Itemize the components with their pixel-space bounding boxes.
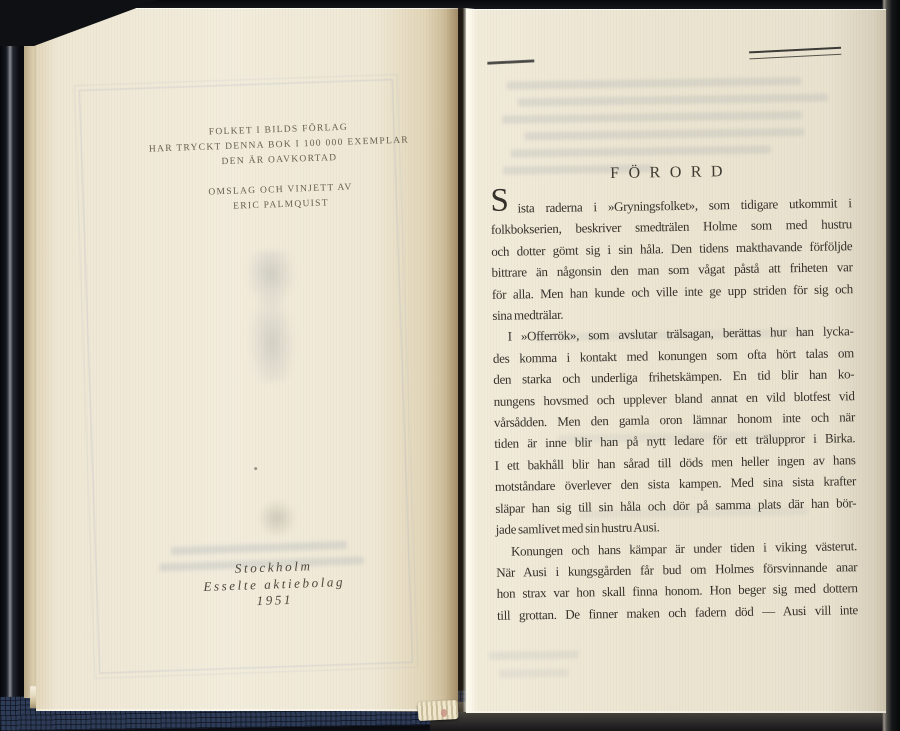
paper-speck — [254, 467, 257, 470]
foreword-heading: FÖRORD — [490, 161, 852, 185]
showthrough-line — [511, 145, 771, 157]
showthrough-line — [507, 77, 802, 90]
left-page-content: FOLKET I BILDS FÖRLAGHAR TRYCKT DENNA BO… — [24, 1, 470, 718]
showthrough-line — [489, 651, 579, 660]
showthrough-line — [499, 669, 569, 678]
bookmark-dot — [441, 709, 447, 717]
showthrough-line — [518, 94, 828, 107]
ink-rule-left — [487, 59, 534, 64]
open-book-photo: FOLKET I BILDS FÖRLAGHAR TRYCKT DENNA BO… — [0, 0, 900, 731]
book-cover-left-edge — [0, 0, 26, 731]
showthrough-line — [502, 111, 802, 124]
ink-rule-right — [749, 47, 841, 60]
left-page: FOLKET I BILDS FÖRLAGHAR TRYCKT DENNA BO… — [36, 8, 458, 711]
showthrough-logo — [247, 488, 307, 548]
showthrough-line — [524, 128, 804, 140]
right-page-content: FÖRORD S ista raderna i »Gryningsfolket»… — [461, 6, 892, 717]
body-text: ista raderna i »Gryningsfolket», som tid… — [490, 192, 858, 626]
showthrough-vignette — [233, 249, 310, 383]
right-page: FÖRORD S ista raderna i »Gryningsfolket»… — [466, 9, 886, 713]
headband — [418, 700, 459, 721]
